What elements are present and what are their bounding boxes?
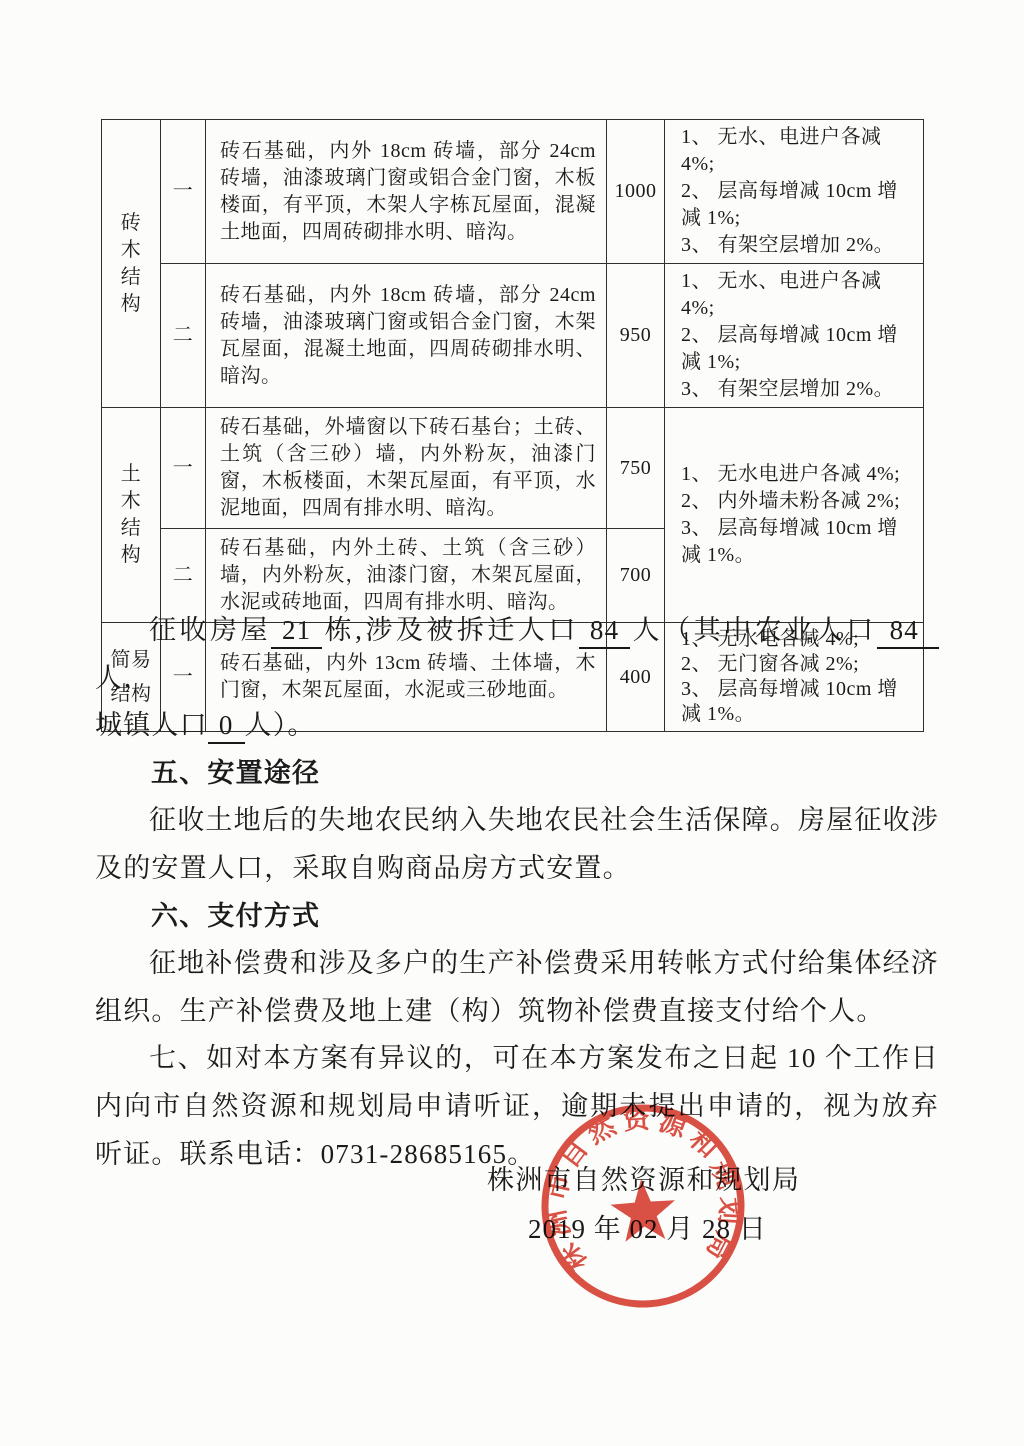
urban-population-value: 0	[208, 710, 245, 744]
structure-type-cell: 土 木 结 构	[102, 408, 161, 623]
document-body: 征收房屋21栋,涉及被拆迁人口84人（其中农业人口84人，城镇人口0人）。 五、…	[95, 607, 939, 1178]
relocated-population-value: 84	[579, 615, 630, 649]
description-cell: 砖石基础，外墙窗以下砖石基台；土砖、土筑（含三砂）墙，内外粉灰，油漆门窗，木板楼…	[206, 408, 607, 529]
paragraph-objection: 七、如对本方案有异议的，可在本方案发布之日起 10 个工作日内向市自然资源和规划…	[95, 1035, 939, 1178]
notes-cell-merged: 1、 无水电进户各减 4%; 2、 内外墙未粉各减 2%; 3、 层高每增减 1…	[665, 408, 924, 623]
section-heading-5: 五、安置途径	[95, 750, 939, 798]
stats-text: 人）。	[245, 710, 316, 740]
paragraph-house-stats: 征收房屋21栋,涉及被拆迁人口84人（其中农业人口84人，城镇人口0人）。	[95, 607, 939, 750]
stats-text: 栋,涉及被拆迁人口	[322, 615, 579, 645]
grade-cell: 一	[161, 120, 206, 264]
stats-text: 人，	[95, 663, 151, 693]
price-cell: 750	[607, 408, 665, 529]
grade-cell: 一	[161, 408, 206, 529]
structure-type-cell: 砖 木 结 构	[102, 120, 161, 408]
section-heading-6: 六、支付方式	[95, 893, 939, 941]
agricultural-population-value: 84	[877, 615, 939, 649]
table-row: 土 木 结 构 一 砖石基础，外墙窗以下砖石基台；土砖、土筑（含三砂）墙，内外粉…	[102, 408, 924, 529]
seal-star-icon	[609, 1177, 678, 1243]
description-cell: 砖石基础，内外 18cm 砖墙，部分 24cm 砖墙，油漆玻璃门窗或铝合金门窗，…	[206, 264, 607, 408]
stats-text: 征收房屋	[149, 615, 271, 645]
stats-text: 人（其中农业人口	[630, 615, 876, 645]
price-cell: 1000	[607, 120, 665, 264]
price-cell: 950	[607, 264, 665, 408]
document-page: 砖 木 结 构 一 砖石基础，内外 18cm 砖墙，部分 24cm 砖墙，油漆玻…	[0, 0, 1024, 1446]
description-cell: 砖石基础，内外 18cm 砖墙，部分 24cm 砖墙，油漆玻璃门窗或铝合金门窗，…	[206, 120, 607, 264]
paragraph-payment: 征地补偿费和涉及多户的生产补偿费采用转帐方式付给集体经济组织。生产补偿费及地上建…	[95, 940, 939, 1035]
stats-text: 城镇人口	[95, 710, 208, 740]
house-count-value: 21	[271, 615, 322, 649]
paragraph-resettlement: 征收土地后的失地农民纳入失地农民社会生活保障。房屋征收涉及的安置人口，采取自购商…	[95, 797, 939, 892]
official-seal: 株洲市自然资源和规划局	[526, 1089, 761, 1324]
grade-cell: 二	[161, 264, 206, 408]
notes-cell: 1、 无水、电进户各减 4%; 2、 层高每增减 10cm 增减 1%; 3、 …	[665, 120, 924, 264]
table-row: 二 砖石基础，内外 18cm 砖墙，部分 24cm 砖墙，油漆玻璃门窗或铝合金门…	[102, 264, 924, 408]
notes-cell: 1、 无水、电进户各减 4%; 2、 层高每增减 10cm 增减 1%; 3、 …	[665, 264, 924, 408]
table-row: 砖 木 结 构 一 砖石基础，内外 18cm 砖墙，部分 24cm 砖墙，油漆玻…	[102, 120, 924, 264]
